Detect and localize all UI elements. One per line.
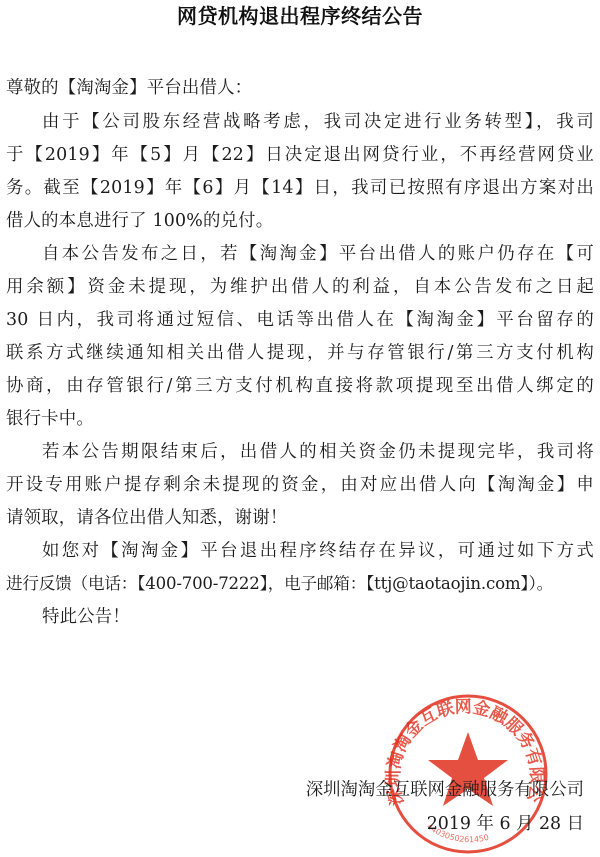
paragraph-line: 自本公告发布之日，若【淘淘金】平台出借人的账户仍存在【可 — [6, 242, 594, 266]
paragraph-line: 务。截至【2019】年【6】月【14】日，我司已按照有序退出方案对出 — [6, 176, 594, 200]
paragraph-line: 如您对【淘淘金】平台退出程序终结存在异议，可通过如下方式 — [6, 539, 594, 563]
paragraph-line: 联系方式继续通知相关出借人提现，并与存管银行/第三方支付机构 — [6, 341, 594, 365]
paragraph-line: 若本公告期限结束后，出借人的相关资金仍未提现完毕，我司将 — [6, 440, 594, 464]
paragraph-line: 开设专用账户提存剩余未提现的资金，由对应出借人向【淘淘金】申 — [6, 473, 594, 497]
signature-date: 2019 年 6 月 28 日 — [427, 812, 584, 836]
paragraph-line: 由于【公司股东经营战略考虑，我司决定进行业务转型】，我司 — [6, 110, 594, 134]
paragraph-line: 借人的本息进行了 100%的兑付。 — [6, 209, 594, 233]
salutation: 尊敬的【淘淘金】平台出借人： — [6, 76, 594, 100]
signature-company: 深圳淘淘金互联网金融服务有限公司 — [306, 778, 584, 802]
paragraph-line: 于【2019】年【5】月【22】日决定退出网贷行业，不再经营网贷业 — [6, 143, 594, 167]
paragraph-line: 30 日内，我司将通过短信、电话等出借人在【淘淘金】平台留存的 — [6, 308, 594, 332]
paragraph-line: 用余额】资金未提现，为维护出借人的利益，自本公告发布之日起 — [6, 275, 594, 299]
contact-line: 进行反馈（电话：【400-700-7222】，电子邮箱：【ttj@taotaoj… — [6, 572, 594, 596]
paragraph-line: 协商，由存管银行/第三方支付机构直接将款项提现至出借人绑定的 — [6, 374, 594, 398]
document-title: 网贷机构退出程序终结公告 — [0, 2, 600, 30]
paragraph-line: 请领取，请各位出借人知悉，谢谢！ — [6, 506, 594, 530]
paragraph-line: 银行卡中。 — [6, 407, 594, 431]
closing-remark: 特此公告！ — [6, 605, 594, 629]
